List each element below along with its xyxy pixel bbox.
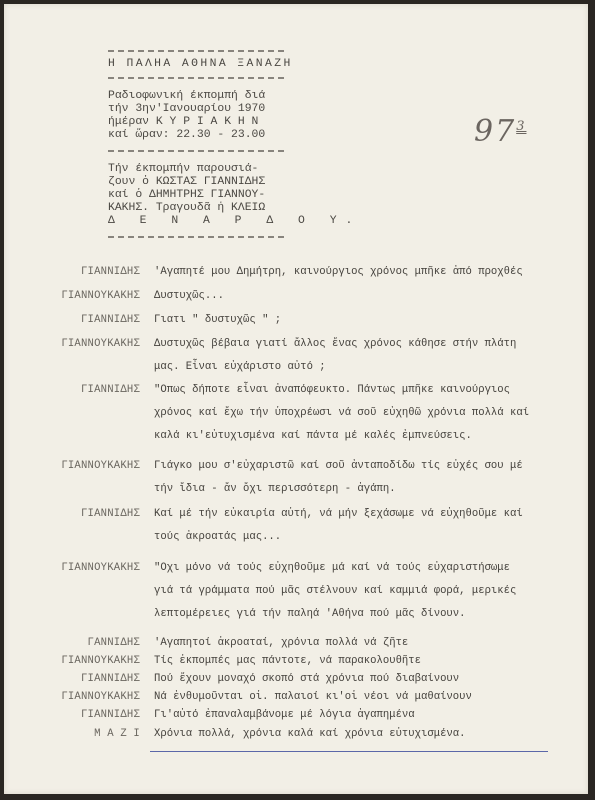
dialogue-line: καλά κι'εὐτυχισμένα καί πάντα μέ καλές ἐ… (154, 430, 472, 442)
program-header: Η ΠΑΛΗΑ ΑΘΗΝΑ ΞΑΝΑΖΗ Ραδιοφωνική έκπομπή… (108, 50, 284, 241)
dialogue-line: χρόνος καί ἔχω τήν ὑποχρέωσι νά σοῦ εὐχη… (154, 407, 529, 419)
header-rule-top (108, 50, 284, 55)
broadcast-line: καί ὥραν: 22.30 - 23.00 (108, 129, 284, 142)
dialogue-line: τήν ἴδια - ἄν ὄχι περισσότερη - ἀγάπη. (154, 483, 396, 495)
presenters-line: καί ὁ ΔΗΜΗΤΡΗΣ ΓΙΑΝΝΟΥ- (108, 189, 284, 202)
presenters-line: Δ Ε Ν Α Ρ Δ Ο Υ. (108, 215, 284, 228)
dialogue-line: "Οχι μόνο νά τούς εὐχηθοῦμε μά καί νά το… (154, 562, 510, 574)
speaker-name: ΓΙΑΝΝΙΔΗΣ (22, 314, 140, 326)
broadcast-line: ήμέραν Κ Υ Ρ Ι Α Κ Η Ν (108, 116, 284, 129)
speaker-name: ΓΙΑΝΝΟΥΚΑΚΗΣ (22, 655, 140, 667)
dialogue-line: λεπτομέρειες γιά τήν παληά 'Αθήνα πού μᾶ… (154, 608, 466, 620)
dialogue-line: Νά ἐνθυμοῦνται οἱ. παλαιοί κι'οἱ νέοι νά… (154, 691, 472, 703)
broadcast-line: Ραδιοφωνική έκπομπή διά (108, 90, 284, 103)
dialogue-line: 'Αγαπητέ μου Δημήτρη, καινούργιος χρόνος… (154, 266, 523, 278)
dialogue-line: Δυστυχῶς βέβαια γιατί ἄλλος ἕνας χρόνος … (154, 338, 516, 350)
handwritten-page-number: 973 (474, 114, 526, 149)
dialogue-line: Γι'αὐτό ἐπαναλαμβάνομε μέ λόγια ἀγαπημέν… (154, 709, 415, 721)
dialogue-line: Καί μέ τήν εὐκαιρία αὐτή, νά μήν ξεχάσωμ… (154, 508, 523, 520)
speaker-name: ΓΙΑΝΝΙΔΗΣ (22, 508, 140, 520)
speaker-name: ΓΙΑΝΝΙΔΗΣ (22, 266, 140, 278)
header-rule-mid (108, 77, 284, 82)
dialogue-line: Δυστυχῶς... (154, 290, 224, 302)
broadcast-line: τήν 3ην'Ιανουαρίου 1970 (108, 103, 284, 116)
dialogue-line: Γιατι " δυστυχῶς " ; (154, 314, 281, 326)
speaker-name: ΓΙΑΝΝΟΥΚΑΚΗΣ (22, 338, 140, 350)
speaker-name: ΓΙΑΝΝΟΥΚΑΚΗΣ (22, 562, 140, 574)
speaker-name: ΓΙΑΝΝΟΥΚΑΚΗΣ (22, 691, 140, 703)
dialogue-line: Χρόνια πολλά, χρόνια καλά καί χρόνια εὐτ… (154, 728, 466, 740)
presenters-line: ζουν ὁ ΚΩΣΤΑΣ ΓΙΑΝΝΙΔΗΣ (108, 176, 284, 189)
header-rule-bottom (108, 236, 284, 241)
dialogue-line: τούς ἀκροατάς μας... (154, 531, 281, 543)
dialogue-line: μας. Εἶναι εὐχάριστο αὐτό ; (154, 361, 326, 373)
header-rule-lower (108, 150, 284, 155)
typewritten-page: Η ΠΑΛΗΑ ΑΘΗΝΑ ΞΑΝΑΖΗ Ραδιοφωνική έκπομπή… (4, 4, 588, 794)
dialogue-line: Πού ἔχουν μοναχό σκοπό στά χρόνια πού δι… (154, 673, 459, 685)
speaker-name: ΓΙΑΝΝΟΥΚΑΚΗΣ (22, 460, 140, 472)
dialogue-line: γιά τά γράμματα πού μᾶς στέλνουν καί καμ… (154, 585, 516, 597)
speaker-name: ΓΙΑΝΝΙΔΗΣ (22, 673, 140, 685)
presenters-line: Τήν έκπομπήν παρουσιά- (108, 163, 284, 176)
speaker-name: ΓΑΝΝΙΔΗΣ (22, 637, 140, 649)
program-title: Η ΠΑΛΗΑ ΑΘΗΝΑ ΞΑΝΑΖΗ (108, 58, 284, 71)
speaker-name: ΓΙΑΝΝΟΥΚΑΚΗΣ (22, 290, 140, 302)
dialogue-line: Γιάγκο μου σ'εὐχαριστῶ καί σοῦ ἀνταποδίδ… (154, 460, 523, 472)
speaker-name: ΓΙΑΝΝΙΔΗΣ (22, 709, 140, 721)
speaker-name: ΓΙΑΝΝΙΔΗΣ (22, 384, 140, 396)
presenters-line: ΚΑΚΗΣ. Τραγουδᾶ ἡ ΚΛΕΙΩ (108, 202, 284, 215)
speaker-name: Μ Α Ζ Ι (22, 728, 140, 740)
dialogue-line: 'Αγαπητοί ἀκροαταί, χρόνια πολλά νά ζῆτε (154, 637, 408, 649)
dialogue-line: "Οπως δήποτε εἶναι ἀναπόφευκτο. Πάντως μ… (154, 384, 510, 396)
dialogue-line: Τίς ἐκπομπές μας πάντοτε, νά παρακολουθῆ… (154, 655, 421, 667)
ink-underline (150, 751, 548, 752)
